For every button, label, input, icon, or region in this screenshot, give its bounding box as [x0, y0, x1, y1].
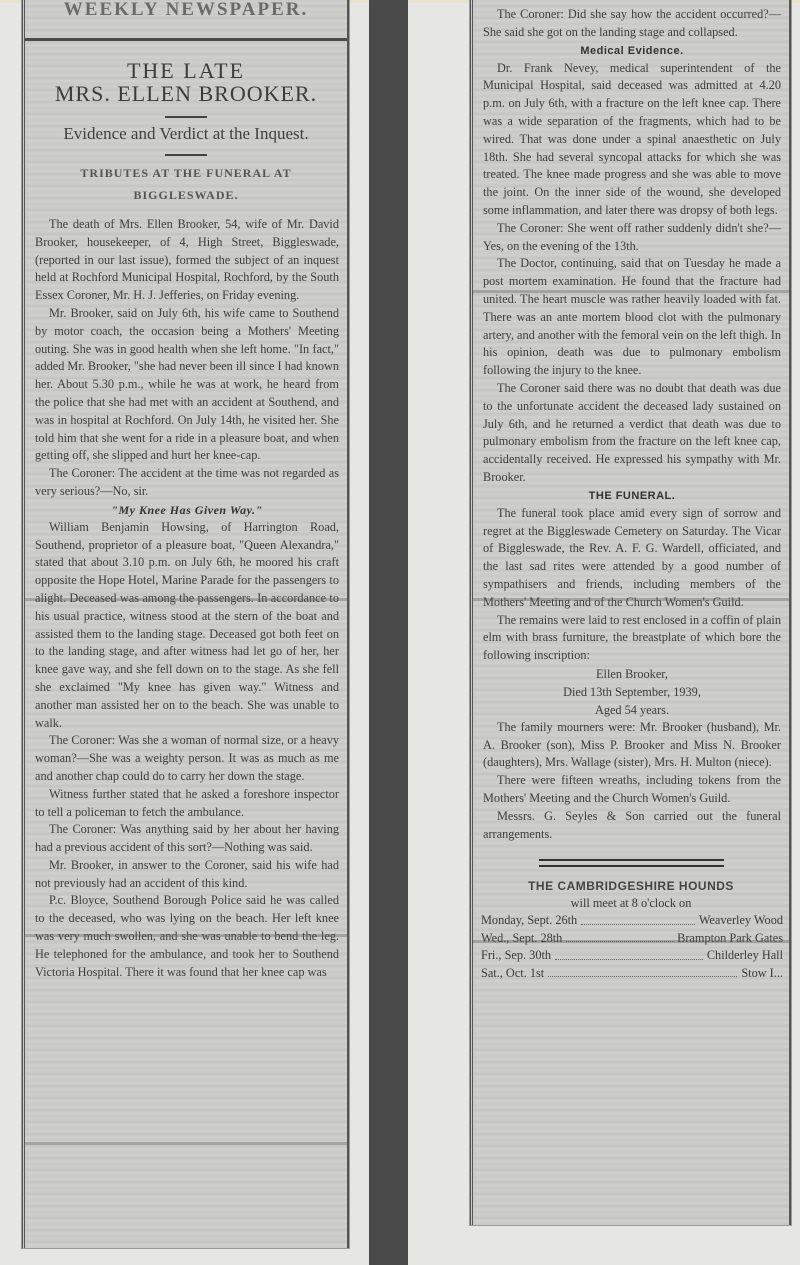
inscription-line: Aged 54 years.: [483, 701, 781, 719]
meet-day: Sat., Oct. 1st: [481, 965, 544, 983]
fold-crease: [473, 940, 789, 943]
paragraph: There were fifteen wreaths, including to…: [483, 772, 781, 808]
section-head-medical: Medical Evidence.: [483, 42, 781, 60]
fold-crease: [25, 1142, 347, 1145]
meet-row: Fri., Sep. 30thChilderley Hall: [473, 947, 789, 965]
meet-day: Monday, Sept. 26th: [481, 912, 577, 930]
scan-divider-bar: [369, 0, 408, 1265]
double-rule: [539, 859, 724, 867]
leader-dots: [581, 912, 695, 925]
short-rule: [165, 154, 207, 156]
headline-line-1: THE LATE: [25, 59, 347, 82]
section-head-knee: "My Knee Has Given Way.": [35, 501, 339, 519]
paragraph: Witness further stated that he asked a f…: [35, 786, 339, 822]
inscription-line: Ellen Brooker,: [483, 665, 781, 683]
fold-crease: [25, 934, 347, 937]
inscription: Ellen Brooker, Died 13th September, 1939…: [483, 665, 781, 719]
subheadline: Evidence and Verdict at the Inquest.: [25, 124, 347, 144]
meet-row: Monday, Sept. 26thWeaverley Wood: [473, 912, 789, 930]
meet-day: Fri., Sep. 30th: [481, 947, 551, 965]
meet-place: Weaverley Wood: [699, 912, 783, 930]
fold-crease: [473, 598, 789, 601]
short-rule: [165, 116, 207, 118]
paragraph: The Doctor, continuing, said that on Tue…: [483, 255, 781, 380]
paragraph: The remains were laid to rest enclosed i…: [483, 612, 781, 665]
meets-list: Monday, Sept. 26thWeaverley Wood Wed., S…: [473, 912, 789, 982]
meet-day: Wed., Sept. 28th: [481, 930, 562, 948]
section-head-funeral: THE FUNERAL.: [483, 487, 781, 505]
fold-crease: [473, 290, 789, 293]
article-body-right: The Coroner: Did she say how the acciden…: [473, 6, 789, 843]
hounds-title: THE CAMBRIDGESHIRE HOUNDS: [473, 877, 789, 895]
paragraph: Dr. Frank Nevey, medical superintendent …: [483, 60, 781, 220]
paragraph: The Coroner: Was she a woman of normal s…: [35, 732, 339, 785]
fold-crease: [25, 598, 347, 601]
leader-dots: [555, 947, 703, 960]
paragraph: Messrs. G. Seyles & Son carried out the …: [483, 808, 781, 844]
meet-place: Stow I...: [741, 965, 783, 983]
paragraph: The Coroner: Did she say how the acciden…: [483, 6, 781, 42]
paragraph: The death of Mrs. Ellen Brooker, 54, wif…: [35, 216, 339, 305]
meet-row: Wed., Sept. 28thBrampton Park Gates: [473, 930, 789, 948]
meet-place: Childerley Hall: [707, 947, 783, 965]
paragraph: The funeral took place amid every sign o…: [483, 505, 781, 612]
paragraph: William Benjamin Howsing, of Harrington …: [35, 519, 339, 733]
meet-row: Sat., Oct. 1stStow I...: [473, 965, 789, 983]
paragraph: Mr. Brooker, said on July 6th, his wife …: [35, 305, 339, 465]
paragraph: The Coroner said there was no doubt that…: [483, 380, 781, 487]
headline-line-2: MRS. ELLEN BROOKER.: [25, 82, 347, 106]
caps-subheadline: TRIBUTES AT THE FUNERAL AT BIGGLESWADE.: [25, 162, 347, 206]
paragraph: The Coroner: She went off rather suddenl…: [483, 220, 781, 256]
paragraph: The Coroner: Was anything said by her ab…: [35, 821, 339, 857]
paragraph: The family mourners were: Mr. Brooker (h…: [483, 719, 781, 772]
masthead: WEEKLY NEWSPAPER.: [25, 0, 347, 41]
meet-place: Brampton Park Gates: [677, 930, 783, 948]
inscription-line: Died 13th September, 1939,: [483, 683, 781, 701]
paragraph: Mr. Brooker, in answer to the Coroner, s…: [35, 857, 339, 893]
left-clipping: WEEKLY NEWSPAPER. THE LATE MRS. ELLEN BR…: [22, 0, 349, 1248]
hounds-subtitle: will meet at 8 o'clock on: [473, 895, 789, 912]
leader-dots: [548, 965, 737, 978]
right-clipping: The Coroner: Did she say how the acciden…: [470, 0, 791, 1225]
paragraph: The Coroner: The accident at the time wa…: [35, 465, 339, 501]
